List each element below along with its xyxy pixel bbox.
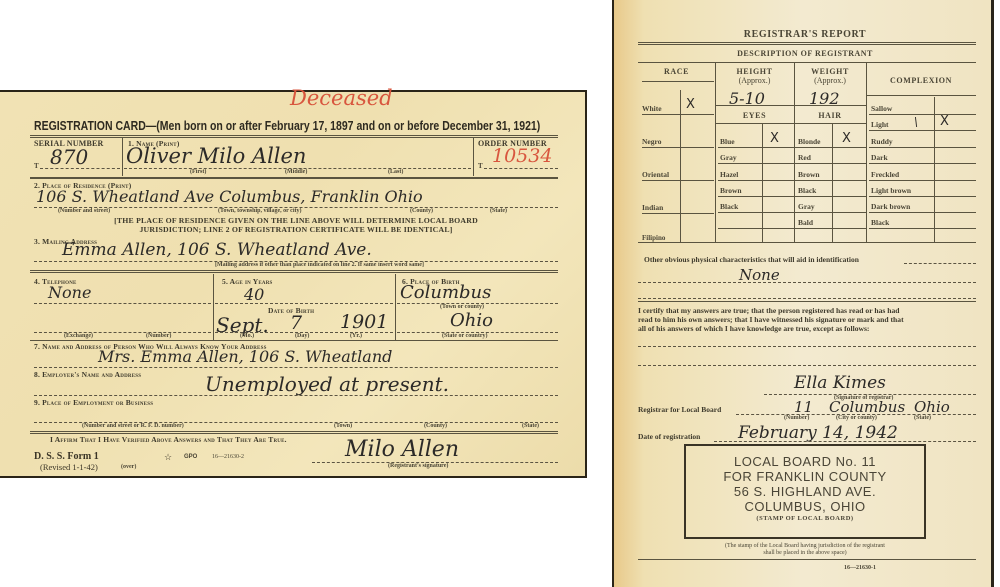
divider [718, 196, 866, 197]
sub-mo: (Mo.) [240, 333, 254, 339]
eyes-black: Black [720, 202, 738, 211]
local-board-label: Registrar for Local Board [638, 405, 721, 414]
hair-blonde: Blonde [798, 137, 821, 146]
registration-card-front: Deceased REGISTRATION CARD—(Men born on … [0, 90, 587, 478]
divider [718, 163, 866, 164]
divider [638, 62, 976, 63]
birthplace-state: Ohio [450, 310, 493, 331]
divider [866, 63, 867, 242]
divider [869, 196, 976, 197]
race-oriental: Oriental [642, 170, 669, 179]
divider [638, 42, 976, 45]
sub-middle: (Middle) [285, 169, 307, 175]
divider [718, 212, 866, 213]
complexion-black: Black [871, 218, 889, 227]
stamp-line-2: FOR FRANKLIN COUNTY [686, 469, 924, 484]
sub-yr: (Yr.) [350, 333, 362, 339]
divider [30, 431, 558, 434]
divider [680, 90, 681, 242]
divider [642, 147, 714, 148]
race-white: White [642, 104, 662, 113]
sub-day: (Day) [295, 333, 309, 339]
hair-header: HAIR [794, 111, 866, 120]
dob-day: 7 [290, 312, 302, 334]
sub-state: (State) [490, 208, 507, 214]
divider [794, 63, 795, 242]
sub-number: (Number) [146, 333, 171, 339]
stamp-line-1: LOCAL BOARD No. 11 [686, 454, 924, 469]
sub-county: (County) [424, 423, 447, 429]
report-title: REGISTRAR'S REPORT [614, 29, 996, 40]
form-revised: (Revised 1-1-42) [40, 462, 98, 472]
complexion-light-mark[interactable]: X [940, 114, 949, 129]
age-value: 40 [244, 285, 264, 304]
race-header: RACE [638, 67, 715, 76]
certify-line-1: I certify that my answers are true; that… [638, 306, 899, 315]
hair-blonde-mark[interactable]: X [842, 131, 851, 146]
complexion-header: COMPLEXION [866, 76, 976, 85]
date-registration-value: February 14, 1942 [738, 423, 898, 443]
affirmation-text: I Affirm That I Have Verified Above Answ… [50, 435, 287, 444]
date-registration-label: Date of registration [638, 432, 700, 441]
divider [934, 97, 935, 242]
divider [638, 301, 976, 302]
field-line [638, 365, 976, 366]
sub-state-country: (State or country) [442, 333, 488, 339]
complexion-light: Light [871, 120, 889, 129]
description-title: DESCRIPTION OF REGISTRANT [614, 49, 996, 58]
eyes-brown: Brown [720, 186, 742, 195]
sub-exchange: (Exchange) [64, 333, 93, 339]
sub-town: (Town) [334, 423, 352, 429]
employer-value: Unemployed at present. [205, 372, 449, 396]
eyes-blue-mark[interactable]: X [770, 131, 779, 146]
field-line [484, 168, 558, 169]
complexion-freckled: Freckled [871, 170, 899, 179]
stamp-line-3: 56 S. HIGHLAND AVE. [686, 484, 924, 499]
order-number-value: 10534 [492, 145, 552, 167]
complexion-dark-brown: Dark brown [871, 202, 910, 211]
divider [718, 180, 866, 181]
mailing-value: Emma Allen, 106 S. Wheatland Ave. [62, 240, 372, 260]
divider [30, 177, 558, 179]
divider [762, 123, 763, 242]
serial-prefix: T [34, 162, 39, 170]
print-code: 16—21630-2 [212, 454, 244, 460]
complexion-dark: Dark [871, 153, 888, 162]
sub-city: (City or county) [836, 415, 877, 421]
divider [642, 114, 714, 115]
divider [869, 147, 976, 148]
back-print-code: 16—21630-1 [844, 565, 876, 571]
stamp-caption: (STAMP OF LOCAL BOARD) [686, 514, 924, 524]
telephone-value: None [48, 283, 91, 302]
over-note: (over) [121, 464, 136, 470]
divider [718, 147, 866, 148]
eyes-blue: Blue [720, 137, 735, 146]
mailing-sub: [Mailing address if other than place ind… [215, 262, 424, 268]
divider [869, 130, 976, 131]
divider [30, 340, 558, 341]
name-value: Oliver Milo Allen [126, 144, 306, 168]
field-line [34, 332, 211, 333]
eyes-gray: Gray [720, 153, 737, 162]
employment-place-label: 9. Place of Employment or Business [34, 398, 153, 407]
sub-last: (Last) [388, 169, 403, 175]
hair-black: Black [798, 186, 816, 195]
registrars-report-back: REGISTRAR'S REPORT DESCRIPTION OF REGIST… [612, 0, 994, 587]
star-icon: ☆ [164, 452, 172, 463]
residence-value: 106 S. Wheatland Ave Columbus, Franklin … [36, 187, 423, 206]
race-indian: Indian [642, 203, 663, 212]
registrant-signature: Milo Allen [345, 437, 459, 462]
hair-gray: Gray [798, 202, 815, 211]
race-white-mark[interactable]: X [686, 97, 695, 112]
eyes-hazel: Hazel [720, 170, 738, 179]
divider [715, 63, 716, 242]
divider [642, 213, 714, 214]
divider [395, 274, 396, 340]
divider [30, 135, 558, 138]
hair-brown: Brown [798, 170, 820, 179]
hair-red: Red [798, 153, 811, 162]
sub-county: (County) [410, 208, 433, 214]
field-line [638, 298, 976, 299]
field-line [34, 303, 211, 304]
sub-state: (State) [522, 423, 539, 429]
divider [642, 180, 714, 181]
field-line [34, 395, 558, 396]
divider [642, 81, 714, 82]
sub-first: (First) [190, 169, 206, 175]
divider [638, 559, 976, 560]
contact-value: Mrs. Emma Allen, 106 S. Wheatland [98, 347, 392, 366]
gpo-mark: GPO [184, 454, 197, 460]
divider [869, 180, 976, 181]
order-prefix: T [478, 162, 483, 170]
jurisdiction-notice-1: [THE PLACE OF RESIDENCE GIVEN ON THE LIN… [56, 216, 536, 225]
other-characteristics-label: Other obvious physical characteristics t… [644, 255, 859, 264]
employer-label: 8. Employer's Name and Address [34, 370, 141, 379]
divider [869, 163, 976, 164]
divider [832, 123, 833, 242]
divider [715, 123, 866, 124]
stamp-note-2: shall be placed in the above space) [614, 550, 996, 556]
field-line [34, 367, 558, 368]
divider [866, 95, 976, 96]
sub-number: (Number) [784, 415, 809, 421]
field-line [638, 282, 976, 283]
stamp-line-4: COLUMBUS, OHIO [686, 499, 924, 514]
field-line [638, 346, 976, 347]
registrar-signature: Ella Kimes [794, 373, 886, 393]
complexion-ruddy: Ruddy [871, 137, 893, 146]
light-tick: \ [914, 115, 918, 129]
sub-town: (Town, township, village, or city) [218, 208, 302, 214]
weight-header: WEIGHT [794, 67, 866, 76]
field-line [215, 303, 393, 304]
complexion-light-brown: Light brown [871, 186, 911, 195]
certify-line-3: all of his answers of which I have knowl… [638, 324, 869, 333]
divider [718, 228, 866, 229]
divider [869, 114, 976, 115]
sub-street-rfd: (Number and street or R. F. D. number) [82, 423, 184, 429]
sub-street: (Number and street) [58, 208, 110, 214]
deceased-annotation: Deceased [290, 86, 393, 110]
divider [869, 228, 976, 229]
divider [30, 270, 558, 273]
eyes-header: EYES [715, 111, 794, 120]
certify-line-2: read to him his own answers; that I have… [638, 315, 904, 324]
complexion-sallow: Sallow [871, 104, 892, 113]
divider [122, 138, 123, 176]
birthplace-town: Columbus [400, 282, 491, 303]
field-line [904, 263, 976, 264]
signature-sub: (Registrant's signature) [388, 463, 448, 469]
sub-state: (State) [914, 415, 931, 421]
weight-approx: (Approx.) [794, 76, 866, 85]
dob-year: 1901 [340, 311, 388, 333]
serial-number-value: 870 [50, 145, 88, 169]
divider [638, 242, 976, 243]
form-id: D. S. S. Form 1 [34, 451, 99, 462]
field-line [714, 441, 976, 442]
divider [715, 105, 866, 106]
divider [869, 212, 976, 213]
divider [473, 138, 474, 176]
race-negro: Negro [642, 137, 661, 146]
jurisdiction-notice-2: JURISDICTION; LINE 2 OF REGISTRATION CER… [56, 225, 536, 234]
divider [213, 274, 214, 340]
hair-bald: Bald [798, 218, 813, 227]
height-header: HEIGHT [715, 67, 794, 76]
card-title: REGISTRATION CARD—(Men born on or after … [34, 119, 540, 133]
stamp-note-1: (The stamp of the Local Board having jur… [614, 543, 996, 549]
race-filipino: Filipino [642, 234, 665, 242]
height-approx: (Approx.) [715, 76, 794, 85]
local-board-stamp: LOCAL BOARD No. 11 FOR FRANKLIN COUNTY 5… [684, 444, 926, 539]
